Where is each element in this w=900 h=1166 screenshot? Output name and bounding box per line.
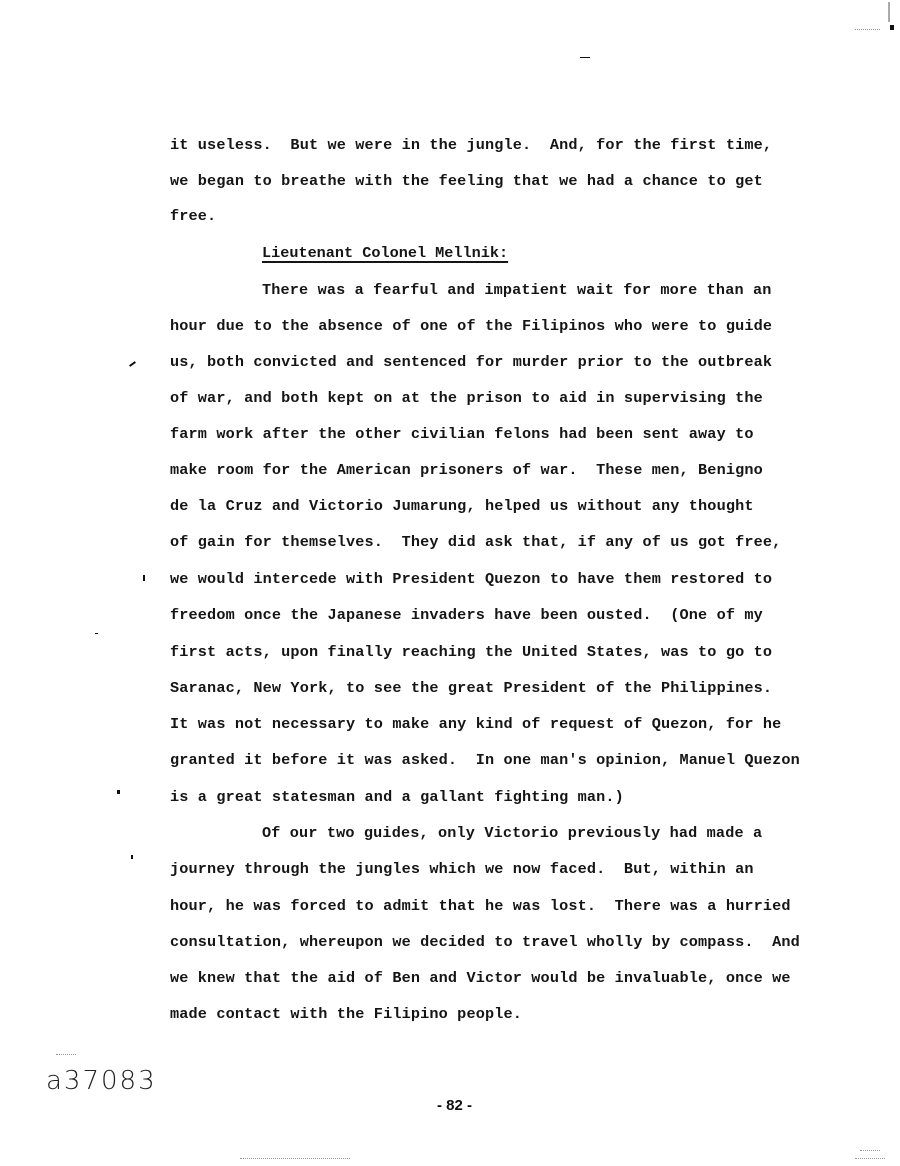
- text-line: farm work after the other civilian felon…: [170, 425, 754, 443]
- text-line: hour, he was forced to admit that he was…: [170, 897, 791, 915]
- text-line: There was a fearful and impatient wait f…: [262, 281, 772, 299]
- text-line: de la Cruz and Victorio Jumarung, helped…: [170, 497, 754, 515]
- text-line: we began to breathe with the feeling tha…: [170, 172, 763, 190]
- margin-mark: [129, 361, 136, 367]
- text-line: is a great statesman and a gallant fight…: [170, 788, 624, 806]
- text-line: first acts, upon finally reaching the Un…: [170, 643, 772, 661]
- scan-dots: [56, 1054, 76, 1056]
- scan-dots: [855, 29, 880, 31]
- text-line: it useless. But we were in the jungle. A…: [170, 136, 772, 154]
- margin-mark: [143, 575, 145, 581]
- text-line: granted it before it was asked. In one m…: [170, 751, 800, 769]
- scan-speck: [888, 2, 890, 22]
- text-line: Saranac, New York, to see the great Pres…: [170, 679, 772, 697]
- text-line: free.: [170, 207, 216, 225]
- handwritten-archive-number: a37083: [46, 1066, 157, 1096]
- text-line: freedom once the Japanese invaders have …: [170, 606, 763, 624]
- text-line: journey through the jungles which we now…: [170, 860, 754, 878]
- document-page: it useless. But we were in the jungle. A…: [0, 0, 900, 1166]
- text-line: of war, and both kept on at the prison t…: [170, 389, 763, 407]
- corner-scan-mark: [890, 25, 894, 30]
- text-line: consultation, whereupon we decided to tr…: [170, 933, 800, 951]
- margin-mark: [131, 855, 133, 859]
- page-number: - 82 -: [437, 1097, 472, 1114]
- section-heading: Lieutenant Colonel Mellnik:: [262, 244, 508, 262]
- text-line: It was not necessary to make any kind of…: [170, 715, 781, 733]
- text-line: we would intercede with President Quezon…: [170, 570, 772, 588]
- text-line: us, both convicted and sentenced for mur…: [170, 353, 772, 371]
- text-line: we knew that the aid of Ben and Victor w…: [170, 969, 791, 987]
- margin-mark: [580, 57, 590, 58]
- scan-dots: [860, 1150, 880, 1152]
- scan-dots: [855, 1158, 885, 1160]
- text-line: hour due to the absence of one of the Fi…: [170, 317, 772, 335]
- text-line: of gain for themselves. They did ask tha…: [170, 533, 781, 551]
- text-line: Of our two guides, only Victorio previou…: [262, 824, 762, 842]
- text-line: make room for the American prisoners of …: [170, 461, 763, 479]
- text-line: made contact with the Filipino people.: [170, 1005, 522, 1023]
- margin-mark: [117, 790, 120, 794]
- margin-mark: [95, 633, 98, 634]
- scan-dots: [240, 1158, 350, 1160]
